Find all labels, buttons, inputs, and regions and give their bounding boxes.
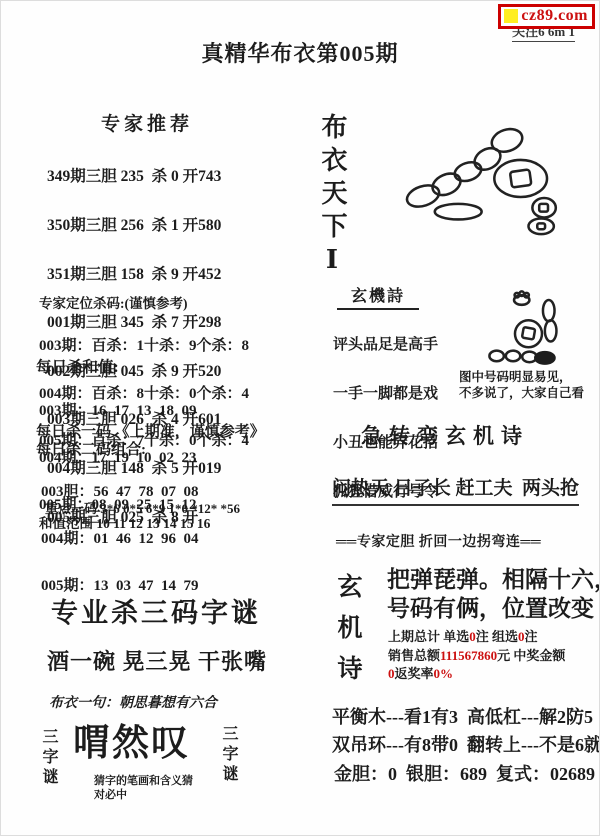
puzzle-clue: 酒一碗 晃三晃 干张嘴 <box>47 645 267 676</box>
daily-kill-two-code-row: 004期：01 46 12 96 04 <box>41 532 199 548</box>
puzzle-title: 专业杀三码字谜 <box>51 591 261 630</box>
three-char-answer: 喟然叹 <box>73 712 190 766</box>
sum-range-line: 和值范围 10 11 12 13 14 15 16 <box>39 512 210 532</box>
last-issue-stats-line: 上期总计 单选0注 组选0注 <box>388 626 538 645</box>
recommend-row: 349期三胆 235 杀 0 开743 <box>47 169 221 185</box>
gym-hint-line: 双吊环---有8带0 翻转上---不是6就是9 <box>332 731 600 757</box>
xuanji-coins-sketch <box>487 289 569 365</box>
recommend-row: 350期三胆 256 杀 1 开580 <box>47 218 221 234</box>
buyi-sheet-page: 关注6 6m 1 cz89.com 真精华布衣第005期 专家推荐 349期三胆… <box>0 0 600 836</box>
xuanji-vertical-title: 玄机诗 <box>329 573 365 696</box>
three-char-label-right: 三字谜 <box>217 725 240 785</box>
daily-kill-sum-row: 003期：16 17 13 18 09 <box>39 404 197 420</box>
three-char-label-left: 三字谜 <box>37 728 60 788</box>
three-char-note: 对必中 <box>94 786 127 802</box>
sketch-caption: 不多说了，大家自己看 <box>459 383 584 401</box>
sharp-turn-line: 闷热天 日子长 赶工夫 两头抢 <box>332 473 579 506</box>
xuanji-poem-line: 一手一脚都是戏 <box>333 386 438 402</box>
gym-hint-line: 平衡木---看1有3 高低杠---解2防5 <box>332 703 593 729</box>
site-badge-label: cz89.com <box>521 7 588 25</box>
expert-dan-line: 号码有俩，位置改变 <box>387 590 594 623</box>
buyi-sentence: 布衣一句：朝思暮想有六合 <box>49 692 217 712</box>
return-rate-line: 0返奖率0% <box>388 663 453 682</box>
dan-result-line: 金胆：0 银胆：689 复式：02689（1） <box>334 760 600 786</box>
sales-total-line: 销售总额111567860元 中奖金额 <box>388 645 565 664</box>
kill-position-row: 003期：百杀：1十杀：9个杀：8 <box>39 339 249 355</box>
xuanji-poem-line: 评头品足是高手 <box>333 337 438 353</box>
site-badge[interactable]: cz89.com <box>498 4 595 29</box>
expert-dan-banner: ══专家定胆 折回一边拐弯连══ <box>336 531 541 551</box>
buyi-tianxia-title: 布衣天下Ⅰ <box>314 113 351 282</box>
recommend-row: 351期三胆 158 杀 9 开452 <box>47 267 221 283</box>
page-title: 真精华布衣第005期 <box>1 37 599 68</box>
buyi-rings-coins-sketch <box>401 116 573 238</box>
recommend-title: 专家推荐 <box>101 109 193 136</box>
sharp-turn-title: 急转弯玄机诗 <box>361 420 529 450</box>
yellow-square-icon <box>504 9 518 23</box>
